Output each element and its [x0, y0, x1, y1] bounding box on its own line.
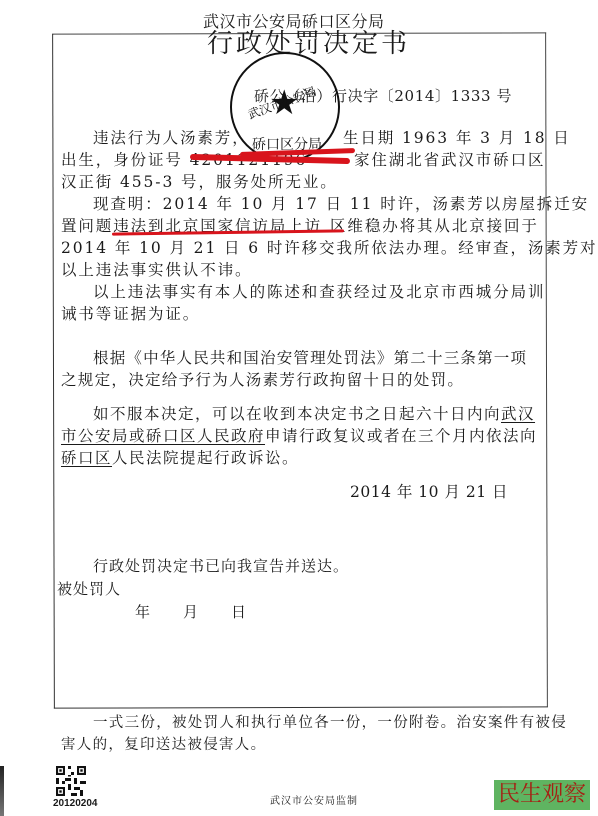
paragraph-appeal-line2: 市公安局或硚口区人民政府申请行政复议或者在三个月内依法向 — [61, 426, 537, 446]
appeal-underlined-c: 硚口区 — [61, 449, 112, 467]
paragraph-offender-line2b: 家住湖北省武汉市硚口区 — [354, 150, 545, 170]
paragraph-offender-line3: 汉正街 455-3 号，服务处所无业。 — [61, 172, 338, 192]
recipient-label: 被处罚人 — [57, 579, 121, 599]
paragraph-decision-line2: 之规定，决定给予行为人汤素芳行政拘留十日的处罚。 — [61, 370, 464, 390]
scan-edge-shadow — [0, 766, 4, 816]
appeal-text-c: 人民法院提起行政诉讼。 — [112, 449, 299, 467]
paragraph-evidence-line1: 以上违法事实有本人的陈述和查获经过及北京市西城分局训 — [93, 282, 545, 302]
watermark-logo: 民生观察 — [494, 780, 590, 810]
appeal-underlined-b: 市公安局或硚口区人民政府 — [61, 427, 265, 445]
paragraph-findings-line3: 2014 年 10 月 21 日 6 时许移交我所依法办理。经审查，汤素芳对 — [61, 238, 597, 258]
paragraph-evidence-line2: 诫书等证据为证。 — [61, 304, 200, 324]
footer-note-line1: 一式三份，被处罚人和执行单位各一份，一份附卷。治安案件有被侵 — [93, 713, 567, 733]
paragraph-findings-line1: 现查明：2014 年 10 月 17 日 11 时许，汤素芳以房屋拆迁安 — [93, 194, 589, 214]
paragraph-decision-line1: 根据《中华人民共和国治安管理处罚法》第二十三条第一项 — [93, 348, 527, 368]
paragraph-offender-line1b: 生日期 1963 年 3 月 18 日 — [343, 128, 571, 148]
paragraph-appeal-line3: 硚口区人民法院提起行政诉讼。 — [61, 448, 299, 468]
appeal-text-b: 申请行政复议或者在三个月内依法向 — [265, 427, 537, 445]
appeal-underlined-a: 武汉 — [501, 405, 535, 423]
qr-code-icon[interactable] — [56, 766, 86, 796]
qr-code-number: 20120204 — [53, 798, 98, 809]
paragraph-offender-line1a: 违法行为人汤素芳， — [93, 128, 250, 148]
document-title: 行政处罚决定书 — [207, 34, 410, 54]
paragraph-findings-line4: 以上违法事实供认不讳。 — [61, 260, 252, 280]
acknowledgement-text: 行政处罚决定书已向我宣告并送达。 — [93, 556, 349, 576]
appeal-text-a: 如不服本决定，可以在收到本决定书之日起六十日内向 — [93, 405, 501, 423]
findings-text-c: 区维稳办将其从北京接回于 — [330, 217, 539, 235]
findings-text-a: 置问题 — [61, 217, 113, 235]
recipient-date-blank: 年 月 日 — [135, 602, 247, 622]
printer-credit: 武汉市公安局监制 — [270, 792, 358, 807]
footer-note-line2: 害人的，复印送达被侵害人。 — [61, 735, 266, 755]
paragraph-appeal-line1: 如不服本决定，可以在收到本决定书之日起六十日内向武汉 — [93, 404, 535, 424]
decision-date: 2014 年 10 月 21 日 — [350, 482, 508, 502]
